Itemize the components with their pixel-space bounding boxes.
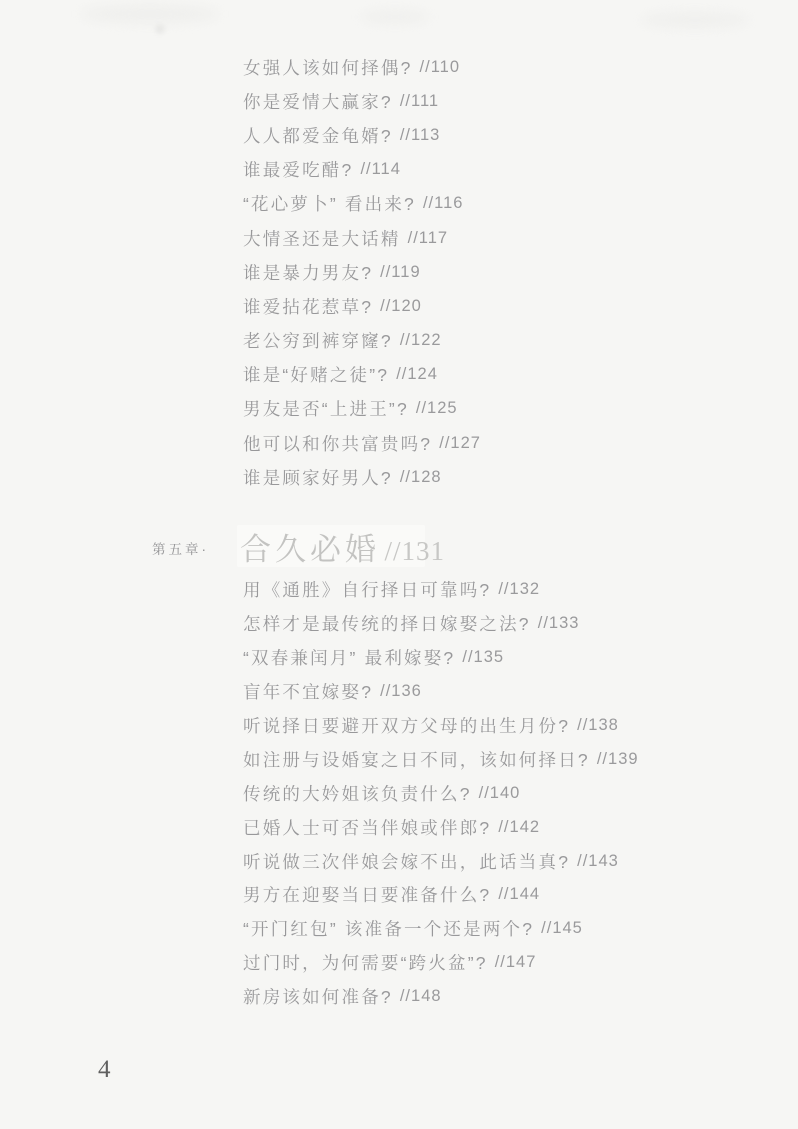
toc-entry: 谁是暴力男友?//119: [243, 255, 481, 289]
toc-entry: 用《通胜》自行择日可靠吗?//132: [243, 573, 639, 607]
toc-entry: 男方在迎娶当日要准备什么?//144: [243, 878, 639, 912]
toc-entry-page: //139: [597, 750, 639, 769]
chapter-title: 合久必婚: [240, 532, 380, 567]
toc-entry: 听说做三次伴娘会嫁不出，此话当真?//143: [243, 844, 639, 878]
toc-entry-page: //135: [462, 648, 504, 667]
toc-entry-title: 用《通胜》自行择日可靠吗?: [243, 577, 491, 602]
toc-entry-title: 女强人该如何择偶?: [243, 55, 413, 80]
toc-entry: “双春兼闰月” 最利嫁娶?//135: [243, 641, 639, 675]
toc-list-chapter5: 用《通胜》自行择日可靠吗?//132 怎样才是最传统的择日嫁娶之法?//133 …: [243, 573, 639, 1014]
scan-smudge: [360, 10, 430, 24]
toc-entry-title: “双春兼闰月” 最利嫁娶?: [243, 645, 455, 670]
toc-entry-title: 谁最爱吃醋?: [243, 157, 353, 182]
toc-entry: 你是爱情大赢家?//111: [243, 84, 481, 118]
toc-entry-title: 谁是“好赌之徒”?: [243, 362, 389, 387]
toc-entry: 过门时，为何需要“跨火盆”?//147: [243, 946, 639, 980]
toc-entry-page: //124: [396, 365, 438, 384]
toc-entry-page: //114: [360, 160, 400, 179]
toc-entry-title: 谁是顾家好男人?: [243, 465, 393, 490]
toc-entry-title: 谁是暴力男友?: [243, 260, 373, 285]
toc-entry-title: 谁爱拈花惹草?: [243, 294, 373, 319]
toc-entry-page: //144: [498, 885, 540, 904]
toc-entry-title: 人人都爱金龟婿?: [243, 123, 393, 148]
toc-entry-page: //127: [439, 434, 481, 453]
toc-entry-title: 过门时，为何需要“跨火盆”?: [243, 950, 488, 975]
toc-entry-title: 男方在迎娶当日要准备什么?: [243, 882, 491, 907]
toc-entry-page: //148: [400, 987, 442, 1006]
chapter-title-line: 合久必婚 //131: [240, 524, 445, 569]
toc-entry-title: 男友是否“上进王”?: [243, 396, 409, 421]
toc-entry: 谁是“好赌之徒”?//124: [243, 358, 481, 392]
toc-entry-page: //125: [416, 399, 458, 418]
toc-entry-title: 新房该如何准备?: [243, 984, 393, 1009]
toc-entry: 人人都爱金龟婿?//113: [243, 118, 481, 152]
toc-entry-page: //138: [577, 716, 619, 735]
toc-entry-page: //133: [538, 614, 580, 633]
toc-entry-title: 你是爱情大赢家?: [243, 89, 393, 114]
toc-entry-page: //120: [380, 297, 422, 316]
toc-entry-title: 盲年不宜嫁娶?: [243, 679, 373, 704]
toc-entry-title: 他可以和你共富贵吗?: [243, 431, 432, 456]
toc-entry: 已婚人士可否当伴娘或伴郎?//142: [243, 810, 639, 844]
chapter-heading: 第五章· 合久必婚 //131: [0, 524, 798, 572]
toc-entry: 他可以和你共富贵吗?//127: [243, 426, 481, 460]
toc-entry: 传统的大妗姐该负责什么?//140: [243, 776, 639, 810]
toc-entry: 盲年不宜嫁娶?//136: [243, 675, 639, 709]
toc-entry: 大情圣还是大话精//117: [243, 221, 481, 255]
toc-entry-page: //110: [420, 58, 460, 77]
chapter-number-label: 第五章·: [152, 538, 209, 558]
toc-entry-page: //111: [400, 92, 439, 111]
toc-entry: 老公穷到裤穿窿?//122: [243, 324, 481, 358]
toc-entry-title: 已婚人士可否当伴娘或伴郎?: [243, 815, 491, 840]
toc-entry: 女强人该如何择偶?//110: [243, 50, 481, 84]
toc-entry-page: //113: [400, 126, 440, 145]
toc-entry-title: 如注册与设婚宴之日不同，该如何择日?: [243, 747, 590, 772]
toc-entry-title: 听说做三次伴娘会嫁不出，此话当真?: [243, 849, 570, 874]
toc-entry-title: 老公穷到裤穿窿?: [243, 328, 393, 353]
toc-entry: 男友是否“上进王”?//125: [243, 392, 481, 426]
toc-entry-page: //145: [541, 919, 583, 938]
toc-entry-title: “开门红包” 该准备一个还是两个?: [243, 916, 534, 941]
toc-entry: 谁爱拈花惹草?//120: [243, 289, 481, 323]
toc-entry-page: //143: [577, 852, 619, 871]
scan-smudge: [640, 12, 750, 28]
toc-entry-page: //119: [380, 263, 420, 282]
toc-list-before-chapter: 女强人该如何择偶?//110 你是爱情大赢家?//111 人人都爱金龟婿?//1…: [243, 50, 481, 494]
toc-entry-title: “花心萝卜” 看出来?: [243, 191, 416, 216]
toc-entry: “开门红包” 该准备一个还是两个?//145: [243, 912, 639, 946]
page-number: 4: [98, 1056, 111, 1084]
toc-entry-title: 听说择日要避开双方父母的出生月份?: [243, 713, 570, 738]
toc-entry-page: //132: [498, 580, 540, 599]
toc-entry: 怎样才是最传统的择日嫁娶之法?//133: [243, 607, 639, 641]
toc-entry: 谁是顾家好男人?//128: [243, 460, 481, 494]
toc-entry-page: //122: [400, 331, 442, 350]
toc-entry-page: //117: [408, 229, 448, 248]
scan-smudge: [80, 4, 220, 24]
scanned-book-page: 女强人该如何择偶?//110 你是爱情大赢家?//111 人人都爱金龟婿?//1…: [0, 0, 798, 1129]
toc-entry: 新房该如何准备?//148: [243, 980, 639, 1014]
toc-entry-page: //147: [495, 953, 537, 972]
toc-entry: 谁最爱吃醋?//114: [243, 153, 481, 187]
toc-entry-page: //136: [380, 682, 422, 701]
toc-entry-page: //140: [479, 784, 521, 803]
toc-entry-page: //116: [423, 194, 463, 213]
toc-entry: “花心萝卜” 看出来?//116: [243, 187, 481, 221]
toc-entry: 听说择日要避开双方父母的出生月份?//138: [243, 709, 639, 743]
toc-entry-title: 怎样才是最传统的择日嫁娶之法?: [243, 611, 531, 636]
toc-entry-title: 大情圣还是大话精: [243, 226, 401, 251]
scan-smudge: [155, 24, 165, 34]
toc-entry-page: //128: [400, 468, 442, 487]
chapter-page: //131: [384, 536, 445, 566]
toc-entry: 如注册与设婚宴之日不同，该如何择日?//139: [243, 742, 639, 776]
toc-entry-page: //142: [498, 818, 540, 837]
toc-entry-title: 传统的大妗姐该负责什么?: [243, 781, 472, 806]
